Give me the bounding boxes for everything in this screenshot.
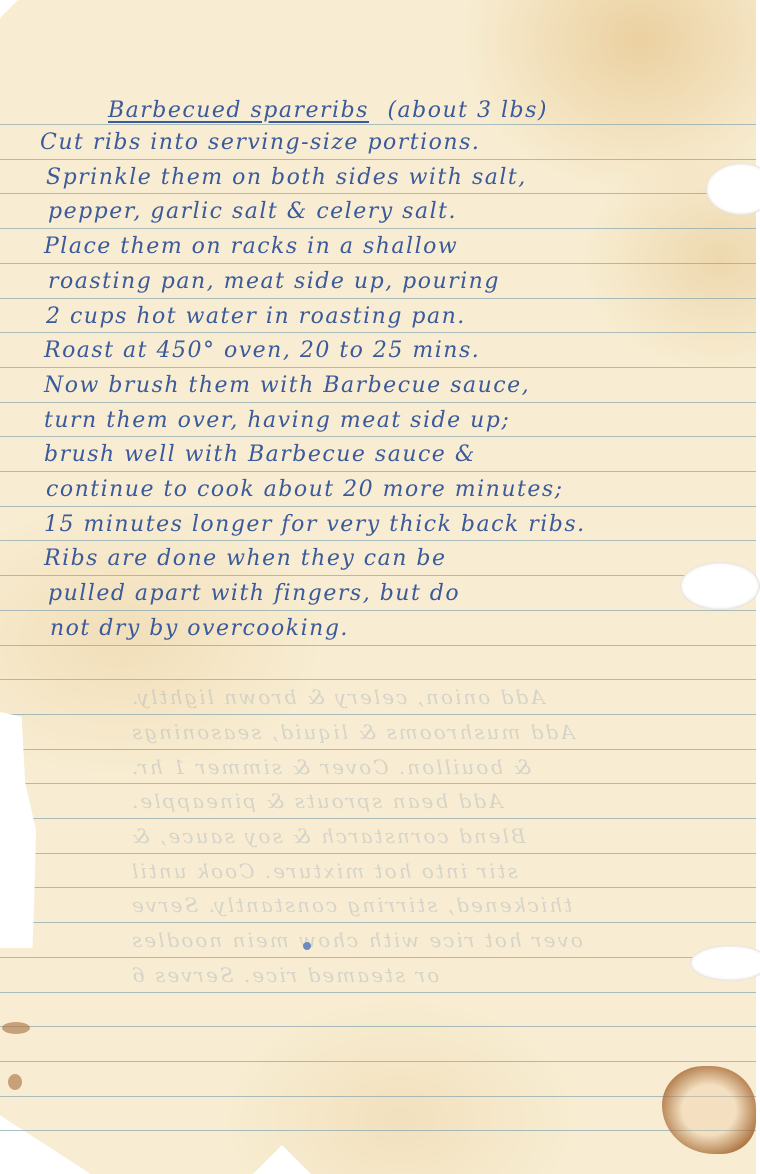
recipe-line: Place them on racks in a shallow [44, 234, 458, 259]
recipe-line: Ribs are done when they can be [44, 546, 446, 571]
recipe-line: not dry by overcooking. [50, 616, 349, 641]
rule-line [0, 124, 756, 125]
bleed-through-line: & bouillon. Cover & simmer 1 hr. [130, 755, 531, 779]
rule-line [0, 228, 756, 229]
punched-hole-middle [680, 562, 760, 610]
recipe-line: brush well with Barbecue sauce & [44, 442, 476, 467]
recipe-title: Barbecued spareribs [108, 98, 369, 123]
rule-line [0, 471, 756, 472]
rule-line [0, 332, 756, 333]
rule-line [0, 540, 756, 541]
bleed-through-line: Blend cornstarch & soy sauce, & [130, 824, 526, 848]
bleed-through-line: or steamed rice. Serves 6 [130, 963, 439, 987]
recipe-line: turn them over, having meat side up; [44, 408, 510, 433]
rule-line [0, 818, 756, 819]
rule-line [0, 1061, 756, 1062]
rule-line [0, 298, 756, 299]
rule-line [0, 1096, 756, 1097]
rule-line [0, 992, 756, 993]
recipe-line: Roast at 450° oven, 20 to 25 mins. [44, 338, 480, 363]
rule-line [0, 783, 756, 784]
recipe-line: continue to cook about 20 more minutes; [46, 477, 564, 502]
bleed-through-line: Add mushrooms & liquid, seasonings [130, 720, 575, 744]
rule-line [0, 957, 756, 958]
recipe-title-row: Barbecued spareribs (about 3 lbs) [108, 98, 548, 123]
bleed-through-line: thickened, stirring constantly. Serve [130, 893, 572, 917]
rule-line [0, 1026, 756, 1027]
stain-spot [2, 1022, 30, 1034]
rule-line [0, 193, 756, 194]
rule-line [0, 367, 756, 368]
recipe-line: 15 minutes longer for very thick back ri… [44, 512, 586, 537]
rule-line [0, 922, 756, 923]
rule-line [0, 436, 756, 437]
rule-line [0, 506, 756, 507]
recipe-line: roasting pan, meat side up, pouring [48, 269, 500, 294]
recipe-line: pepper, garlic salt & celery salt. [48, 199, 457, 224]
rule-line [0, 749, 756, 750]
stain-spot [8, 1074, 22, 1090]
rule-line [0, 853, 756, 854]
rule-line [0, 714, 756, 715]
punched-hole-bottom [690, 945, 760, 981]
rule-line [0, 263, 756, 264]
rule-line [0, 887, 756, 888]
recipe-line: 2 cups hot water in roasting pan. [46, 304, 466, 329]
rule-line [0, 159, 756, 160]
recipe-line: Cut ribs into serving-size portions. [40, 130, 480, 155]
bleed-through-line: Add bean sprouts & pineapple. [130, 789, 503, 813]
recipe-line: Sprinkle them on both sides with salt, [46, 165, 527, 190]
rule-line [0, 402, 756, 403]
rule-line [0, 645, 756, 646]
rule-line [0, 1130, 756, 1131]
rule-line [0, 610, 756, 611]
recipe-line: Now brush them with Barbecue sauce, [44, 373, 530, 398]
rule-line [0, 679, 756, 680]
ink-spot [303, 942, 311, 950]
bleed-through-line: over hot rice with chow mein noodles [130, 928, 583, 952]
recipe-line: pulled apart with fingers, but do [48, 581, 460, 606]
rule-line [0, 575, 756, 576]
bleed-through-line: Add onion, celery & brown lightly. [130, 685, 545, 709]
recipe-title-note: (about 3 lbs) [387, 98, 548, 123]
bleed-through-line: stir into hot mixture. Cook until [130, 859, 518, 883]
